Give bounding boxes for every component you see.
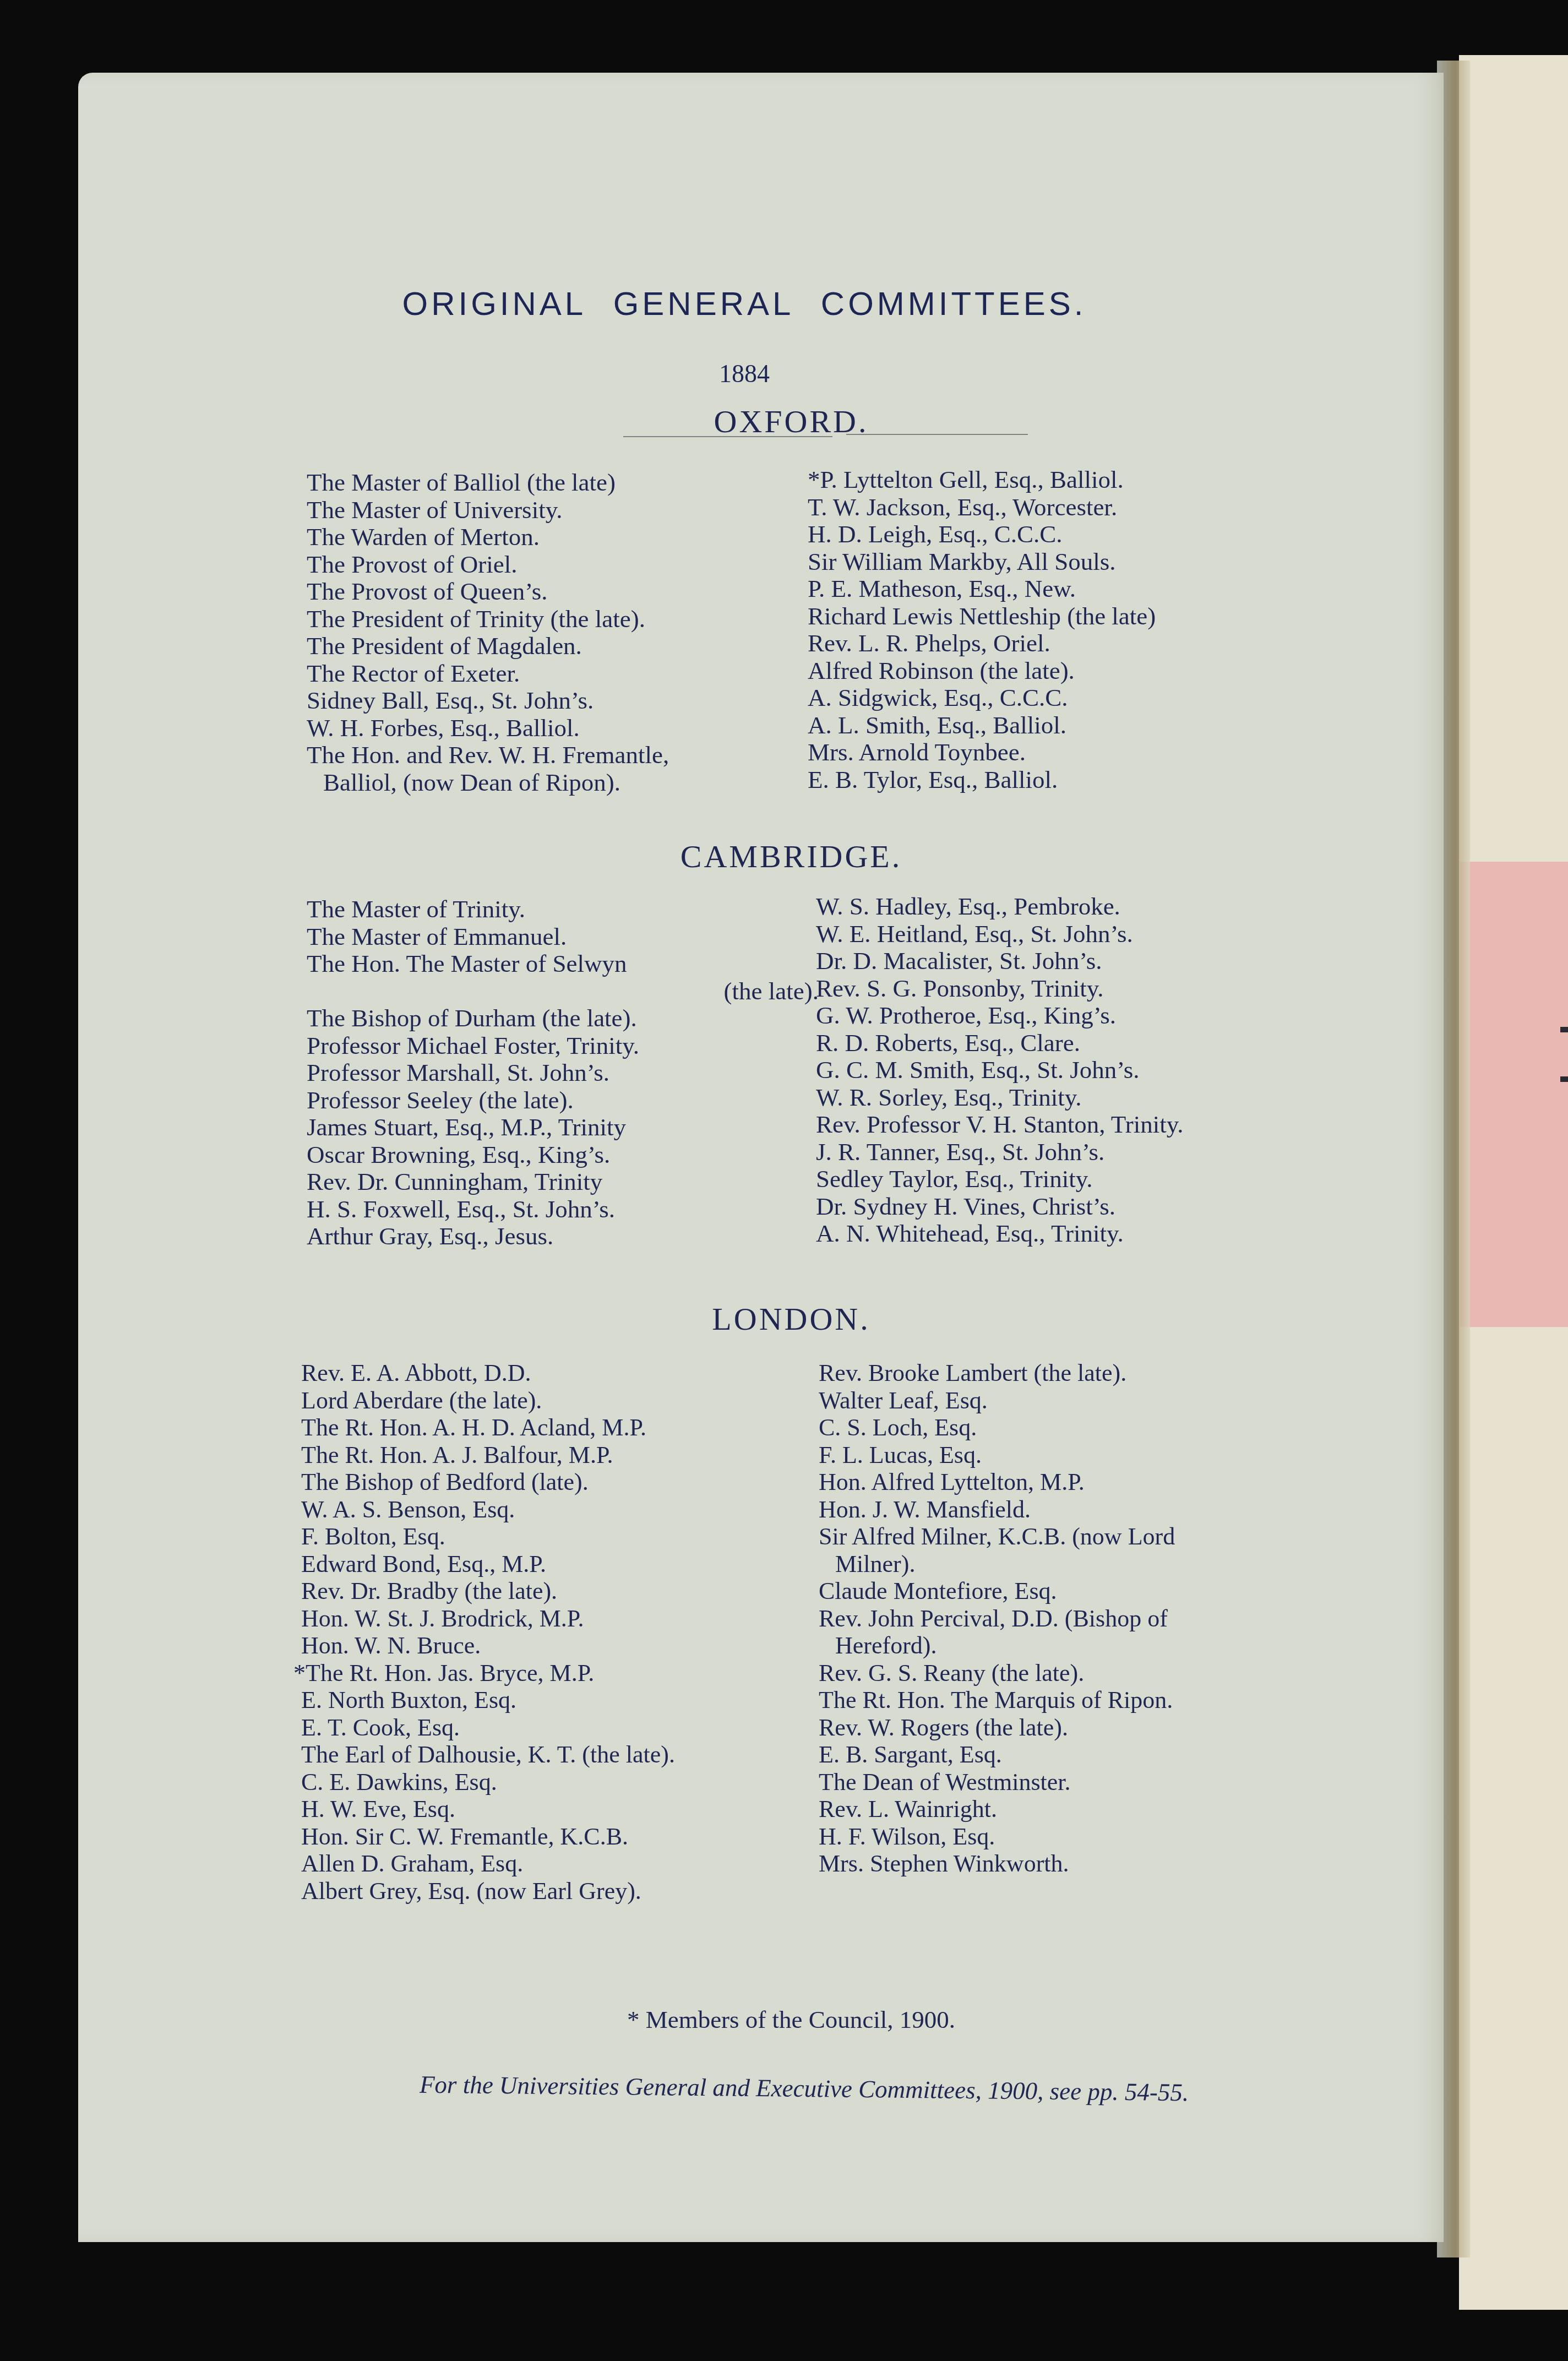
list-item: Walter Leaf, Esq. [819, 1388, 1175, 1415]
section-heading-oxford: OXFORD. [78, 403, 1504, 440]
london-left-column: Rev. E. A. Abbott, D.D. Lord Aberdare (t… [301, 1360, 675, 1905]
list-item: The President of Trinity (the late). [307, 606, 669, 633]
page-year: 1884 [78, 359, 1411, 388]
list-item: W. E. Heitland, Esq., St. John’s. [816, 921, 1184, 948]
list-item: The Master of University. [307, 497, 669, 524]
cambridge-left-column: The Master of Trinity. The Master of Emm… [307, 896, 819, 1250]
list-item: Rev. Dr. Cunningham, Trinity [307, 1168, 819, 1196]
facing-page-glyph [1560, 1027, 1568, 1032]
list-item: R. D. Roberts, Esq., Clare. [816, 1030, 1184, 1057]
list-item: E. B. Sargant, Esq. [819, 1742, 1175, 1769]
list-item: Hon. W. St. J. Brodrick, M.P. [301, 1606, 675, 1633]
cambridge-right-column: W. S. Hadley, Esq., Pembroke. W. E. Heit… [816, 893, 1184, 1248]
facing-page-glyph [1560, 1076, 1568, 1082]
list-item: Rev. Dr. Bradby (the late). [301, 1578, 675, 1606]
list-item: Rev. S. G. Ponsonby, Trinity. [816, 975, 1184, 1003]
list-item: P. E. Matheson, Esq., New. [808, 575, 1156, 603]
list-item: Rev. L. Wainright. [819, 1796, 1175, 1824]
list-item: The Master of Balliol (the late) [307, 469, 669, 497]
list-item: A. L. Smith, Esq., Balliol. [808, 712, 1156, 739]
document-page: ORIGINAL GENERAL COMMITTEES. 1884 OXFORD… [78, 73, 1444, 2242]
list-item: Hon. W. N. Bruce. [301, 1633, 675, 1660]
list-item: Hon. J. W. Mansfield. [819, 1497, 1175, 1524]
list-item: The Rt. Hon. A. H. D. Acland, M.P. [301, 1415, 675, 1442]
list-item: Professor Seeley (the late). [307, 1087, 819, 1114]
list-item: The Rt. Hon. A. J. Balfour, M.P. [301, 1442, 675, 1470]
list-item: A. Sidgwick, Esq., C.C.C. [808, 684, 1156, 712]
list-item: The Hon. and Rev. W. H. Fremantle, [307, 742, 669, 769]
list-item: Sir Alfred Milner, K.C.B. (now Lord [819, 1524, 1175, 1551]
section-heading-cambridge: CAMBRIDGE. [78, 838, 1504, 875]
list-item: Albert Grey, Esq. (now Earl Grey). [301, 1878, 675, 1906]
section-heading-london: LONDON. [78, 1301, 1504, 1337]
list-item: Allen D. Graham, Esq. [301, 1851, 675, 1878]
list-item: The Provost of Oriel. [307, 551, 669, 579]
list-item: H. W. Eve, Esq. [301, 1796, 675, 1824]
london-right-column: Rev. Brooke Lambert (the late). Walter L… [819, 1360, 1175, 1878]
list-item-continuation: Hereford). [819, 1633, 1175, 1660]
council-footnote: * Members of the Council, 1900. [78, 2005, 1504, 2034]
list-item: G. C. M. Smith, Esq., St. John’s. [816, 1057, 1184, 1084]
facing-page-pink-tab [1460, 862, 1568, 1327]
list-item: The Provost of Queen’s. [307, 578, 669, 606]
list-item: James Stuart, Esq., M.P., Trinity [307, 1114, 819, 1141]
list-item: Rev. W. Rogers (the late). [819, 1715, 1175, 1742]
list-item: The Earl of Dalhousie, K. T. (the late). [301, 1742, 675, 1769]
list-item: Professor Michael Foster, Trinity. [307, 1032, 819, 1060]
list-item: Hon. Alfred Lyttelton, M.P. [819, 1469, 1175, 1497]
list-item: T. W. Jackson, Esq., Worcester. [808, 494, 1156, 521]
list-item: The Hon. The Master of Selwyn [307, 950, 819, 978]
list-item: F. Bolton, Esq. [301, 1524, 675, 1551]
list-item: H. D. Leigh, Esq., C.C.C. [808, 521, 1156, 548]
list-item: The Rt. Hon. The Marquis of Ripon. [819, 1687, 1175, 1715]
list-item: The Master of Trinity. [307, 896, 819, 923]
list-item-continuation: Balliol, (now Dean of Ripon). [307, 769, 669, 797]
list-item: Sedley Taylor, Esq., Trinity. [816, 1166, 1184, 1193]
list-item: Dr. D. Macalister, St. John’s. [816, 948, 1184, 975]
list-item: The Rector of Exeter. [307, 660, 669, 688]
list-item: Claude Montefiore, Esq. [819, 1578, 1175, 1606]
list-item: Alfred Robinson (the late). [808, 657, 1156, 685]
page-title: ORIGINAL GENERAL COMMITTEES. [78, 285, 1411, 323]
list-item: The Bishop of Durham (the late). [307, 1005, 819, 1032]
list-item: Professor Marshall, St. John’s. [307, 1059, 819, 1087]
list-item: Lord Aberdare (the late). [301, 1388, 675, 1415]
list-item: Oscar Browning, Esq., King’s. [307, 1141, 819, 1169]
list-item: E. North Buxton, Esq. [301, 1687, 675, 1715]
list-item: Mrs. Arnold Toynbee. [808, 739, 1156, 766]
list-item: Richard Lewis Nettleship (the late) [808, 603, 1156, 630]
list-item-continuation: (the late). [307, 978, 819, 1005]
list-item: A. N. Whitehead, Esq., Trinity. [816, 1220, 1184, 1248]
list-item: The Master of Emmanuel. [307, 923, 819, 951]
list-item: Sir William Markby, All Souls. [808, 548, 1156, 576]
list-item: *The Rt. Hon. Jas. Bryce, M.P. [293, 1660, 675, 1688]
list-item: Hon. Sir C. W. Fremantle, K.C.B. [301, 1824, 675, 1851]
list-item: Dr. Sydney H. Vines, Christ’s. [816, 1193, 1184, 1221]
list-item: Rev. Brooke Lambert (the late). [819, 1360, 1175, 1388]
list-item: Rev. E. A. Abbott, D.D. [301, 1360, 675, 1388]
list-item-continuation: Milner). [819, 1551, 1175, 1579]
list-item: F. L. Lucas, Esq. [819, 1442, 1175, 1470]
list-item: H. F. Wilson, Esq. [819, 1824, 1175, 1851]
list-item: W. A. S. Benson, Esq. [301, 1497, 675, 1524]
list-item: The Dean of Westminster. [819, 1769, 1175, 1797]
list-item: The President of Magdalen. [307, 633, 669, 660]
oxford-right-column: *P. Lyttelton Gell, Esq., Balliol. T. W.… [808, 466, 1156, 793]
list-item: Rev. Professor V. H. Stanton, Trinity. [816, 1111, 1184, 1139]
list-item: W. H. Forbes, Esq., Balliol. [307, 715, 669, 742]
list-item: C. E. Dawkins, Esq. [301, 1769, 675, 1797]
list-item: The Bishop of Bedford (late). [301, 1469, 675, 1497]
list-item: The Warden of Merton. [307, 524, 669, 551]
list-item: G. W. Protheroe, Esq., King’s. [816, 1002, 1184, 1030]
oxford-left-column: The Master of Balliol (the late) The Mas… [307, 469, 669, 796]
list-item: Arthur Gray, Esq., Jesus. [307, 1223, 819, 1250]
reference-note: For the Universities General and Executi… [420, 2070, 1189, 2107]
list-item: Sidney Ball, Esq., St. John’s. [307, 687, 669, 715]
list-item: Rev. John Percival, D.D. (Bishop of [819, 1606, 1175, 1633]
list-item: E. B. Tylor, Esq., Balliol. [808, 766, 1156, 794]
list-item: *P. Lyttelton Gell, Esq., Balliol. [808, 466, 1156, 494]
list-item: Rev. L. R. Phelps, Oriel. [808, 630, 1156, 657]
list-item: W. R. Sorley, Esq., Trinity. [816, 1084, 1184, 1112]
list-item: Edward Bond, Esq., M.P. [301, 1551, 675, 1579]
list-item: C. S. Loch, Esq. [819, 1415, 1175, 1442]
list-item: Rev. G. S. Reany (the late). [819, 1660, 1175, 1688]
list-item: W. S. Hadley, Esq., Pembroke. [816, 893, 1184, 921]
list-item: H. S. Foxwell, Esq., St. John’s. [307, 1196, 819, 1223]
list-item: J. R. Tanner, Esq., St. John’s. [816, 1139, 1184, 1166]
list-item: E. T. Cook, Esq. [301, 1715, 675, 1742]
list-item: Mrs. Stephen Winkworth. [819, 1851, 1175, 1878]
